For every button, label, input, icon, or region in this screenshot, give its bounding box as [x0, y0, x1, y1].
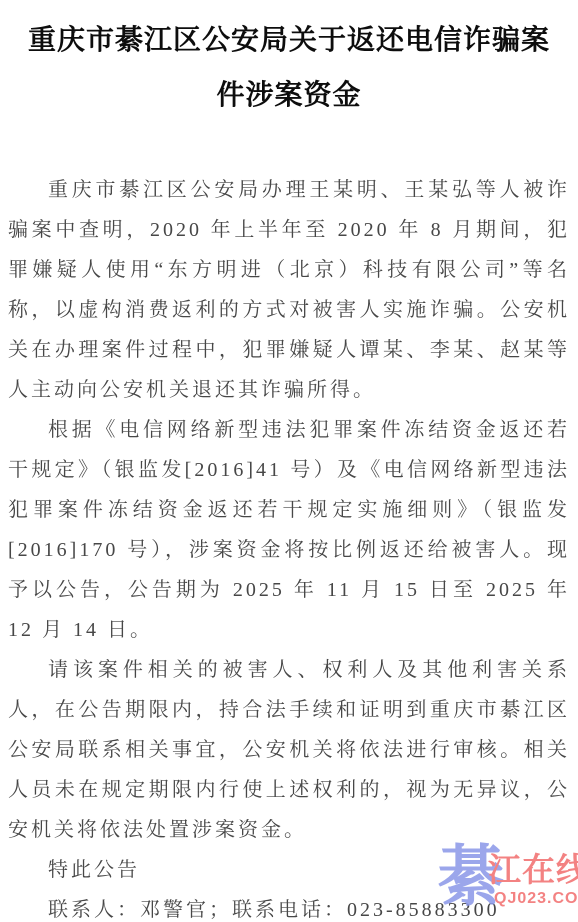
paragraph-contact-info: 联系人：邓警官；联系电话：023-85883300	[8, 890, 570, 922]
title-line-2: 件涉案资金	[6, 67, 572, 122]
document-title: 重庆市綦江区公安局关于返还电信诈骗案 件涉案资金	[6, 12, 572, 122]
title-line-1: 重庆市綦江区公安局关于返还电信诈骗案	[6, 12, 572, 67]
paragraph-legal-basis: 根据《电信网络新型违法犯罪案件冻结资金返还若干规定》（银监发[2016]41 号…	[8, 410, 570, 650]
paragraph-case-facts: 重庆市綦江区公安局办理王某明、王某弘等人被诈骗案中查明，2020 年上半年至 2…	[8, 170, 570, 410]
announcement-page: 重庆市綦江区公安局关于返还电信诈骗案 件涉案资金 重庆市綦江区公安局办理王某明、…	[0, 0, 578, 922]
document-body: 重庆市綦江区公安局办理王某明、王某弘等人被诈骗案中查明，2020 年上半年至 2…	[8, 170, 570, 922]
paragraph-claim-instructions: 请该案件相关的被害人、权利人及其他利害关系人，在公告期限内，持合法手续和证明到重…	[8, 650, 570, 850]
paragraph-closing: 特此公告	[8, 850, 570, 890]
